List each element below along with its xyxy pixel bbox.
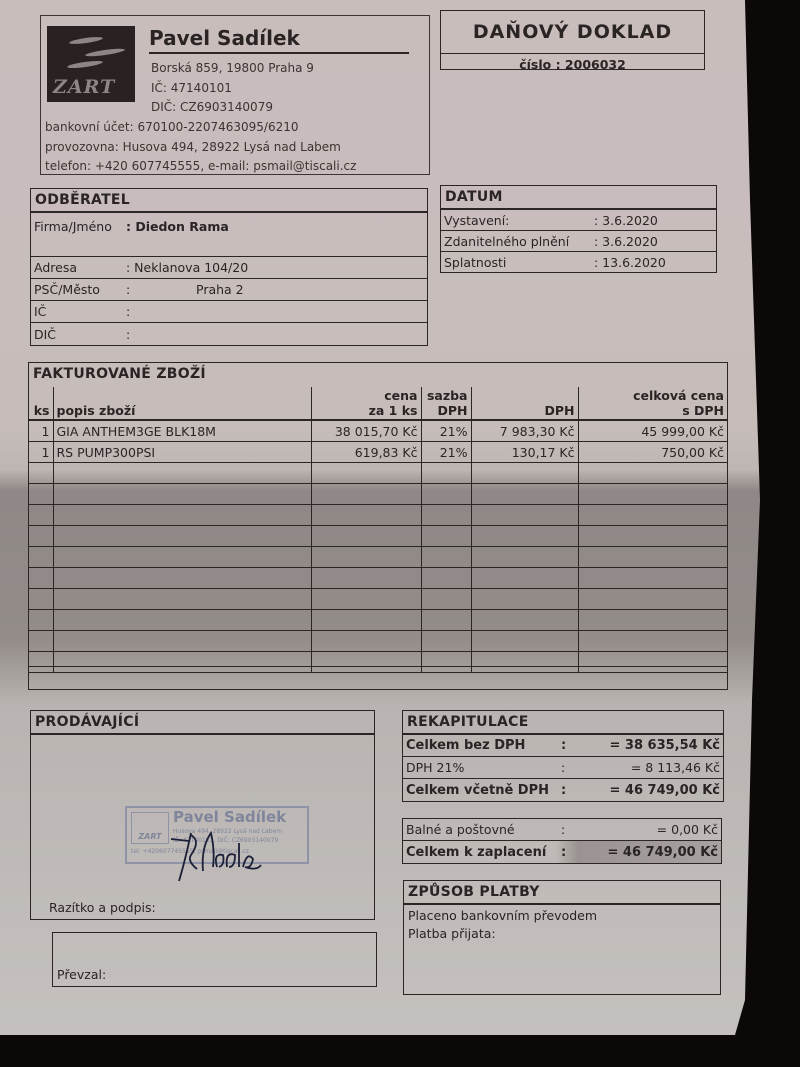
empty-cell [311, 568, 421, 589]
logo-text: ZART [53, 76, 115, 98]
date-value: : 3.6.2020 [594, 213, 658, 228]
document-number: číslo : 2006032 [441, 54, 704, 72]
payment-method-header: ZPŮSOB PLATBY [404, 881, 720, 905]
buyer-name-row: Firma/Jméno : Diedon Rama [31, 213, 427, 257]
goods-header: FAKTUROVANÉ ZBOŽÍ [29, 363, 727, 385]
date-label: Vystavení: [441, 213, 594, 228]
empty-goods-row [29, 505, 727, 526]
empty-cell [311, 505, 421, 526]
total-cell: 45 999,00 Kč [578, 420, 727, 442]
col-vat-rate: sazbaDPH [421, 387, 471, 420]
number-value: 2006032 [565, 57, 626, 72]
empty-cell [311, 526, 421, 547]
goods-row: 1RS PUMP300PSI619,83 Kč21%130,17 Kč750,0… [29, 442, 727, 463]
recap-value: = 8 113,46 Kč [601, 760, 723, 775]
invoice-paper: ZART Pavel Sadílek Borská 859, 19800 Pra… [0, 0, 760, 1067]
empty-cell [29, 484, 53, 505]
field-label: Firma/Jméno [31, 219, 126, 234]
date-value: : 13.6.2020 [594, 255, 666, 270]
col-description: popis zboží [53, 387, 311, 420]
seller-contact: telefon: +420 607745555, e-mail: psmail@… [45, 159, 356, 173]
qty-cell: 1 [29, 442, 53, 463]
payment-summary-label: Celkem k zaplacení [403, 845, 561, 860]
payment-summary-row: Celkem k zaplacení:= 46 749,00 Kč [403, 841, 721, 863]
zart-logo: ZART [47, 26, 135, 102]
number-label: číslo [519, 57, 551, 72]
empty-cell [578, 505, 727, 526]
empty-cell [29, 526, 53, 547]
empty-cell [421, 505, 471, 526]
total-cell: 750,00 Kč [578, 442, 727, 463]
recap-row: Celkem bez DPH:= 38 635,54 Kč [403, 735, 723, 757]
goods-table: ks popis zboží cenaza 1 ks sazbaDPH DPH … [29, 387, 727, 673]
buyer-address-row: Adresa : Neklanova 104/20 [31, 257, 427, 279]
recap-header: REKAPITULACE [403, 711, 723, 735]
empty-cell [421, 463, 471, 484]
separator: : [126, 282, 196, 297]
empty-cell [421, 484, 471, 505]
seller-name: Pavel Sadílek [149, 26, 409, 54]
empty-goods-row [29, 589, 727, 610]
empty-cell [29, 589, 53, 610]
empty-goods-row [29, 484, 727, 505]
recap-box: REKAPITULACE Celkem bez DPH:= 38 635,54 … [402, 710, 724, 802]
dates-box: DATUM Vystavení: : 3.6.2020 Zdanitelného… [440, 185, 717, 273]
date-label: Zdanitelného plnění [441, 234, 594, 249]
empty-cell [53, 463, 311, 484]
empty-goods-row [29, 610, 727, 631]
vat-rate-cell: 21% [421, 420, 471, 442]
field-label: DIČ [31, 327, 126, 342]
empty-cell [578, 463, 727, 484]
seller-dic: DIČ: CZ6903140079 [151, 100, 273, 114]
empty-cell [53, 484, 311, 505]
col-qty: ks [29, 387, 53, 420]
seller-bank-account: bankovní účet: 670100-2207463095/6210 [45, 120, 299, 134]
buyer-header: ODBĚRATEL [31, 189, 427, 213]
empty-cell [421, 568, 471, 589]
separator: : [561, 783, 601, 798]
col-unit-price: cenaza 1 ks [311, 387, 421, 420]
goods-footer-row [29, 666, 727, 689]
payment-summary-value: = 46 749,00 Kč [601, 845, 721, 860]
field-label: Adresa [31, 260, 126, 275]
signature [161, 821, 281, 891]
unit-price-cell: 38 015,70 Kč [311, 420, 421, 442]
empty-cell [421, 526, 471, 547]
empty-cell [53, 505, 311, 526]
buyer-ic: : [126, 304, 130, 319]
date-label: Splatnosti [441, 255, 594, 270]
empty-cell [53, 547, 311, 568]
vat-cell: 130,17 Kč [471, 442, 578, 463]
empty-cell [29, 463, 53, 484]
empty-goods-row [29, 547, 727, 568]
buyer-name: : Diedon Rama [126, 219, 229, 234]
buyer-dic-row: DIČ : [31, 323, 427, 345]
payment-summary-box: Balné a poštovné:= 0,00 KčCelkem k zapla… [402, 818, 722, 864]
seller-signature-header: PRODÁVAJÍCÍ [31, 711, 374, 735]
empty-goods-row [29, 526, 727, 547]
separator: : [561, 760, 601, 775]
empty-cell [578, 568, 727, 589]
separator: : [561, 738, 601, 753]
empty-cell [311, 589, 421, 610]
recap-label: DPH 21% [403, 760, 561, 775]
empty-cell [53, 568, 311, 589]
received-by-label: Převzal: [57, 967, 106, 982]
empty-cell [311, 631, 421, 652]
buyer-city-row: PSČ/Město : Praha 2 [31, 279, 427, 301]
payment-method-line: Placeno bankovním převodem [404, 905, 720, 923]
unit-price-cell: 619,83 Kč [311, 442, 421, 463]
seller-header: ZART Pavel Sadílek Borská 859, 19800 Pra… [40, 15, 430, 175]
buyer-box: ODBĚRATEL Firma/Jméno : Diedon Rama Adre… [30, 188, 428, 346]
goods-row: 1GIA ANTHEM3GE BLK18M38 015,70 Kč21%7 98… [29, 420, 727, 442]
empty-goods-row [29, 463, 727, 484]
empty-cell [311, 547, 421, 568]
recap-row: Celkem včetně DPH:= 46 749,00 Kč [403, 779, 723, 801]
payment-summary-row: Balné a poštovné:= 0,00 Kč [403, 819, 721, 841]
separator: : [561, 845, 601, 860]
recap-row: DPH 21%:= 8 113,46 Kč [403, 757, 723, 779]
empty-cell [53, 610, 311, 631]
vat-rate-cell: 21% [421, 442, 471, 463]
empty-cell [471, 484, 578, 505]
empty-cell [578, 526, 727, 547]
field-label: PSČ/Město [31, 282, 126, 297]
buyer-dic: : [126, 327, 130, 342]
payment-method-box: ZPŮSOB PLATBY Placeno bankovním převodem… [403, 880, 721, 995]
goods-header-row: ks popis zboží cenaza 1 ks sazbaDPH DPH … [29, 387, 727, 420]
empty-cell [471, 568, 578, 589]
empty-cell [471, 610, 578, 631]
empty-cell [578, 547, 727, 568]
empty-cell [471, 505, 578, 526]
empty-cell [471, 547, 578, 568]
field-label: IČ [31, 304, 126, 319]
empty-cell [421, 631, 471, 652]
empty-cell [421, 589, 471, 610]
payment-summary-label: Balné a poštovné [403, 822, 561, 837]
empty-goods-row [29, 631, 727, 652]
empty-cell [578, 484, 727, 505]
empty-goods-row [29, 568, 727, 589]
buyer-city: Praha 2 [196, 282, 244, 297]
recap-value: = 46 749,00 Kč [601, 783, 723, 798]
description-cell: RS PUMP300PSI [53, 442, 311, 463]
recap-label: Celkem včetně DPH [403, 783, 561, 798]
empty-cell [471, 526, 578, 547]
date-row-taxable: Zdanitelného plnění : 3.6.2020 [441, 231, 716, 252]
payment-summary-value: = 0,00 Kč [601, 822, 721, 837]
empty-cell [29, 505, 53, 526]
separator: : [561, 822, 601, 837]
recap-label: Celkem bez DPH [403, 738, 561, 753]
qty-cell: 1 [29, 420, 53, 442]
seller-ic: IČ: 47140101 [151, 81, 232, 95]
document-title-box: DAŇOVÝ DOKLAD číslo : 2006032 [440, 10, 705, 70]
goods-box: FAKTUROVANÉ ZBOŽÍ ks popis zboží cenaza … [28, 362, 728, 690]
buyer-address: : Neklanova 104/20 [126, 260, 248, 275]
empty-cell [421, 610, 471, 631]
empty-cell [421, 547, 471, 568]
date-row-issued: Vystavení: : 3.6.2020 [441, 210, 716, 231]
empty-cell [471, 631, 578, 652]
document-title: DAŇOVÝ DOKLAD [441, 11, 704, 54]
dates-header: DATUM [441, 186, 716, 210]
empty-cell [53, 589, 311, 610]
empty-cell [29, 610, 53, 631]
seller-signature-box: PRODÁVAJÍCÍ ZART Pavel Sadílek Husova 49… [30, 710, 375, 920]
empty-cell [29, 568, 53, 589]
empty-cell [53, 631, 311, 652]
vat-cell: 7 983,30 Kč [471, 420, 578, 442]
date-row-due: Splatnosti : 13.6.2020 [441, 252, 716, 273]
empty-cell [471, 589, 578, 610]
empty-cell [29, 547, 53, 568]
received-by-box: Převzal: [52, 932, 377, 987]
col-total: celková cenas DPH [578, 387, 727, 420]
empty-cell [53, 526, 311, 547]
col-vat: DPH [471, 387, 578, 420]
empty-cell [578, 610, 727, 631]
seller-address: Borská 859, 19800 Praha 9 [151, 61, 314, 75]
buyer-ic-row: IČ : [31, 301, 427, 323]
empty-cell [311, 610, 421, 631]
recap-value: = 38 635,54 Kč [601, 738, 723, 753]
empty-cell [578, 631, 727, 652]
seller-branch: provozovna: Husova 494, 28922 Lysá nad L… [45, 140, 341, 154]
empty-cell [311, 484, 421, 505]
empty-cell [471, 463, 578, 484]
payment-received-line: Platba přijata: [404, 923, 720, 941]
date-value: : 3.6.2020 [594, 234, 658, 249]
empty-cell [29, 631, 53, 652]
description-cell: GIA ANTHEM3GE BLK18M [53, 420, 311, 442]
empty-cell [578, 589, 727, 610]
empty-cell [311, 463, 421, 484]
stamp-signature-label: Razítko a podpis: [49, 900, 156, 915]
